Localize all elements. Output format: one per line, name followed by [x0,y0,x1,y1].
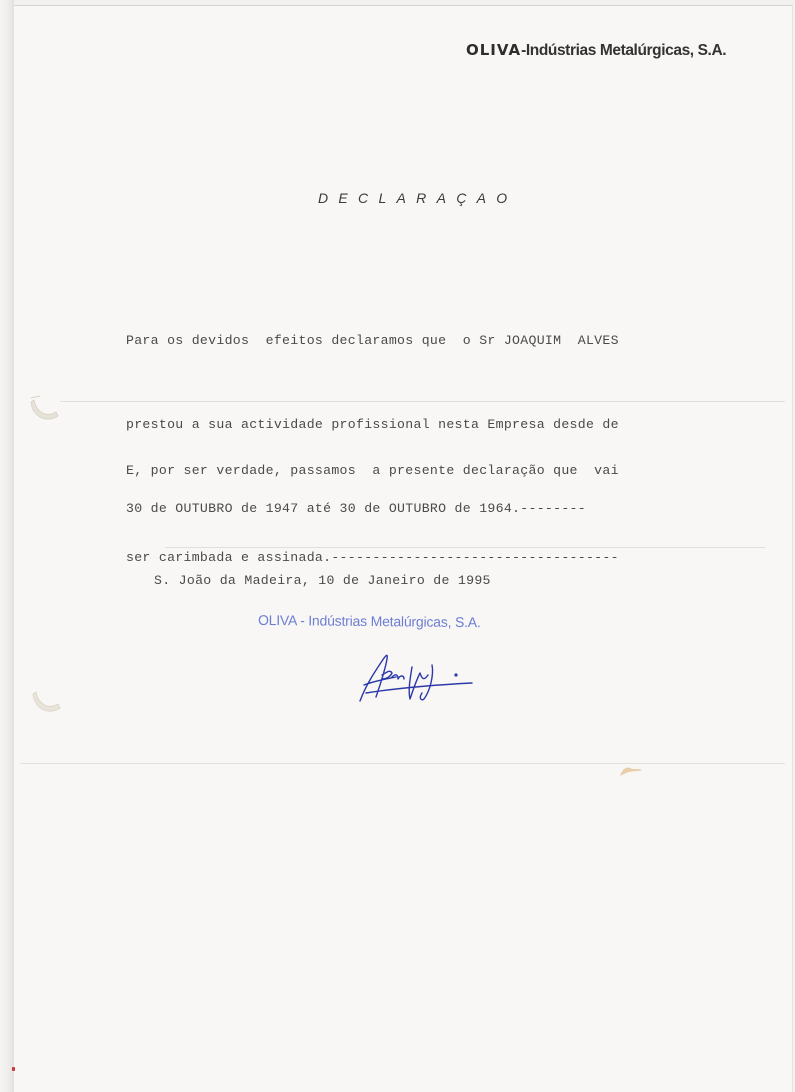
place-and-date: S. João da Madeira, 10 de Janeiro de 199… [154,567,491,595]
signature-icon [352,645,482,715]
punch-hole-mark-lower [30,686,64,716]
document-title: DECLARAÇAO [318,190,517,206]
paragraph-1-line-1: Para os devidos efeitos declaramos que o… [126,327,619,355]
letterhead-company-name: -Indústrias Metalúrgicas, S.A. [521,42,726,59]
scan-left-edge [0,0,14,1092]
company-letterhead: OLIVA-Indústrias Metalúrgicas, S.A. [466,41,726,60]
paper-stain [616,762,646,778]
company-stamp: OLIVA - Indústrias Metalúrgicas, S.A. [258,612,481,630]
letterhead-brand: OLIVA [466,41,521,59]
punch-hole-mark-upper [28,392,62,422]
paragraph-2-line-1: E, por ser verdade, passamos a presente … [126,456,619,485]
red-mark [12,1067,15,1071]
fold-line-lower [20,763,785,764]
